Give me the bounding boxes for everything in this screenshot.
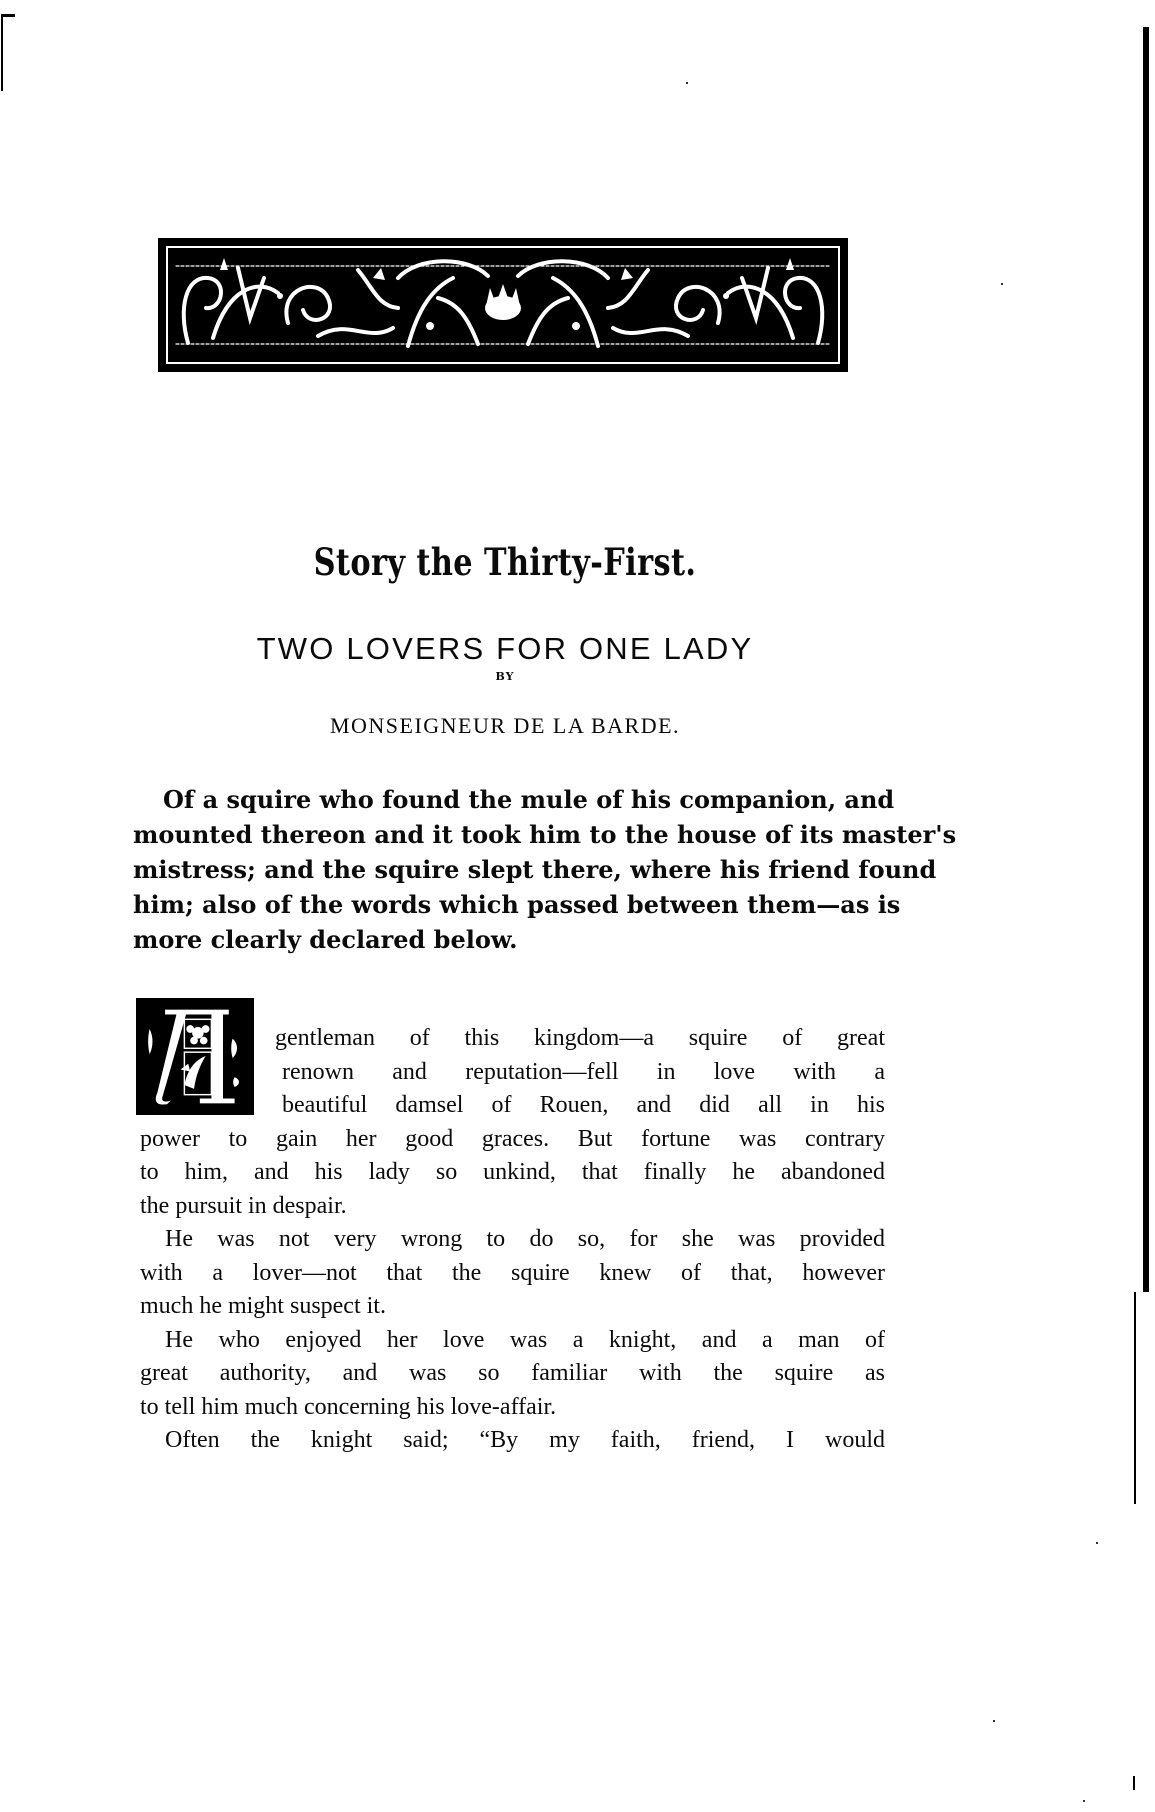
floral-scroll-icon bbox=[168, 248, 838, 362]
story-title: Story the Thirty-First. bbox=[91, 540, 919, 584]
byline-label: BY bbox=[0, 670, 1010, 683]
paragraph: He who enjoyed her love was a knight, an… bbox=[140, 1324, 885, 1425]
text-line: He was not very wrong to do so, for she … bbox=[140, 1223, 885, 1257]
summary-line: him; also of the words which passed betw… bbox=[133, 887, 885, 922]
paragraph: He was not very wrong to do so, for she … bbox=[140, 1223, 885, 1324]
text-line: Often the knight said; “By my faith, fri… bbox=[140, 1424, 885, 1458]
story-body: gentleman of this kingdom—a squire of gr… bbox=[140, 1022, 885, 1458]
summary-line: Of a squire who found the mule of his co… bbox=[133, 782, 885, 817]
text-line: gentleman of this kingdom—a squire of gr… bbox=[140, 1022, 885, 1056]
text-line: power to gain her good graces. But fortu… bbox=[140, 1123, 885, 1157]
author-name: MONSEIGNEUR DE LA BARDE. bbox=[0, 713, 1010, 739]
text-line: He who enjoyed her love was a knight, an… bbox=[140, 1324, 885, 1358]
scan-speck bbox=[993, 1720, 995, 1722]
text-line: the pursuit in despair. bbox=[140, 1190, 885, 1224]
paragraph: Often the knight said; “By my faith, fri… bbox=[140, 1424, 885, 1458]
scan-speck bbox=[686, 82, 688, 84]
page-edge-tick bbox=[1133, 1776, 1135, 1790]
text-line: to him, and his lady so unkind, that fin… bbox=[140, 1156, 885, 1190]
summary-line: mounted thereon and it took him to the h… bbox=[133, 817, 885, 852]
text-line: beautiful damsel of Rouen, and did all i… bbox=[140, 1089, 885, 1123]
story-summary: Of a squire who found the mule of his co… bbox=[133, 782, 885, 957]
crop-corner-mark bbox=[1, 14, 15, 91]
summary-line: more clearly declared below. bbox=[133, 922, 885, 957]
summary-line: mistress; and the squire slept there, wh… bbox=[133, 852, 885, 887]
scan-speck bbox=[1001, 283, 1003, 285]
text-line: with a lover—not that the squire knew of… bbox=[140, 1257, 885, 1291]
story-subtitle: TWO LOVERS FOR ONE LADY bbox=[0, 631, 1010, 667]
page-edge-rule-thin bbox=[1134, 1292, 1136, 1504]
text-line: renown and reputation—fell in love with … bbox=[140, 1056, 885, 1090]
ornament-border bbox=[166, 246, 840, 364]
decorative-headpiece-banner bbox=[158, 238, 848, 372]
text-line: great authority, and was so familiar wit… bbox=[140, 1357, 885, 1391]
page-edge-rule bbox=[1143, 27, 1149, 1292]
text-line: to tell him much concerning his love-aff… bbox=[140, 1391, 885, 1425]
scan-speck bbox=[1083, 1800, 1085, 1802]
paragraph: gentleman of this kingdom—a squire of gr… bbox=[140, 1022, 885, 1223]
scan-speck bbox=[1096, 1542, 1098, 1544]
text-line: much he might suspect it. bbox=[140, 1290, 885, 1324]
